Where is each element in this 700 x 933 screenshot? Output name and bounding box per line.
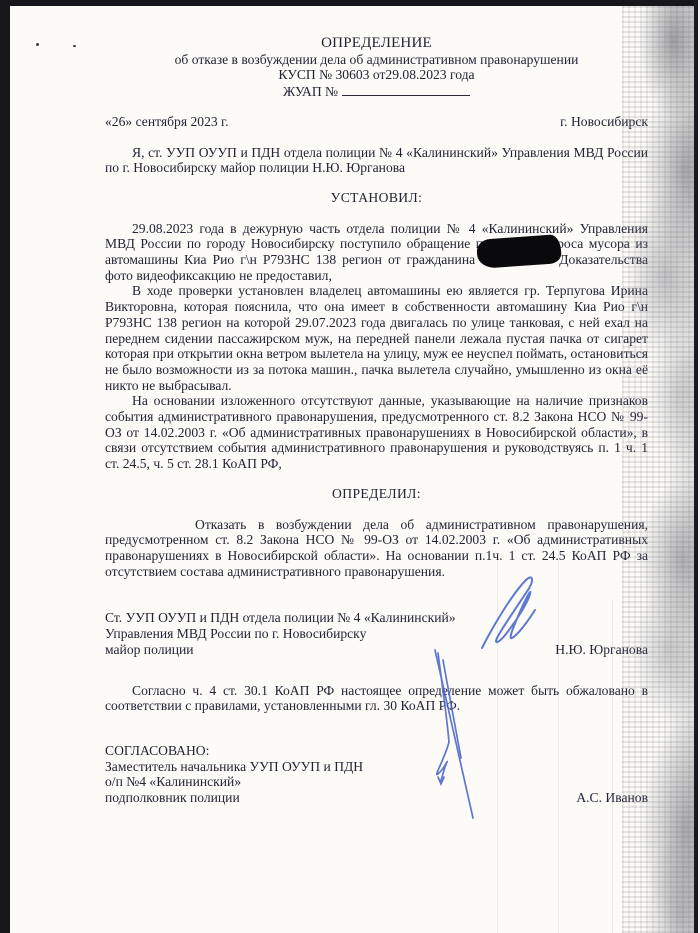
established-heading: УСТАНОВИЛ: (105, 190, 648, 206)
officer-intro-paragraph: Я, ст. УУП ОУУП и ПДН отдела полиции № 4… (105, 145, 648, 176)
facts-paragraph-2: В ходе проверки установлен владелец авто… (105, 283, 648, 393)
appeal-paragraph: Согласно ч. 4 ст. 30.1 КоАП РФ настоящее… (105, 683, 648, 714)
ink-mark (73, 45, 76, 47)
kusp-number-line: КУСП № 30603 от29.08.2023 года (105, 67, 648, 83)
date-city-row: «26» сентября 2023 г. г. Новосибирск (105, 114, 648, 130)
scan-streak (612, 600, 613, 933)
document-page: ОПРЕДЕЛЕНИЕ об отказе в возбуждении дела… (10, 6, 694, 933)
officer-rank: майор полиции (105, 642, 194, 658)
officer-title-line-2: Управления МВД России по г. Новосибирску (105, 626, 648, 642)
officer-signature-block: Ст. УУП ОУУП и ПДН отдела полиции № 4 «К… (105, 610, 648, 657)
approval-heading: СОГЛАСОВАНО: (105, 743, 648, 759)
determined-heading: ОПРЕДЕЛИЛ: (105, 486, 648, 502)
redaction-mark (481, 253, 553, 264)
scan-top-border (0, 0, 700, 6)
scan-left-border (0, 0, 10, 933)
document-date: «26» сентября 2023 г. (105, 114, 229, 130)
facts-paragraph-1: 29.08.2023 года в дежурную часть отдела … (105, 221, 648, 284)
facts-paragraph-3: На основании изложенного отсутствуют дан… (105, 393, 648, 472)
scanned-document: ОПРЕДЕЛЕНИЕ об отказе в возбуждении дела… (0, 0, 700, 933)
zhuap-blank-underline (342, 83, 470, 96)
decision-paragraph: Отказать в возбуждении дела об администр… (105, 517, 648, 580)
ink-mark (36, 43, 39, 46)
approver-title-line-1: Заместитель начальника УУП ОУУП и ПДН (105, 759, 648, 775)
officer-title-line-1: Ст. УУП ОУУП и ПДН отдела полиции № 4 «К… (105, 610, 648, 626)
zhuap-number-line: ЖУАП № (105, 83, 648, 100)
approver-title-line-2: о/п №4 «Калининский» (105, 774, 648, 790)
signature-ivanov-icon (403, 646, 493, 826)
approver-rank: подполковник полиции (105, 790, 240, 806)
zhuap-label: ЖУАП № (283, 84, 338, 99)
scan-streak (558, 520, 559, 933)
approver-signature-row: подполковник полиции А.С. Иванов (105, 790, 648, 806)
document-title: ОПРЕДЕЛЕНИЕ (105, 36, 648, 52)
scan-noise-band (622, 0, 694, 933)
officer-signature-row: майор полиции Н.Ю. Юрганова (105, 642, 648, 658)
document-subtitle: об отказе в возбуждении дела об админист… (105, 52, 648, 68)
approval-block: СОГЛАСОВАНО: Заместитель начальника УУП … (105, 743, 648, 806)
document-content: ОПРЕДЕЛЕНИЕ об отказе в возбуждении дела… (10, 6, 694, 806)
